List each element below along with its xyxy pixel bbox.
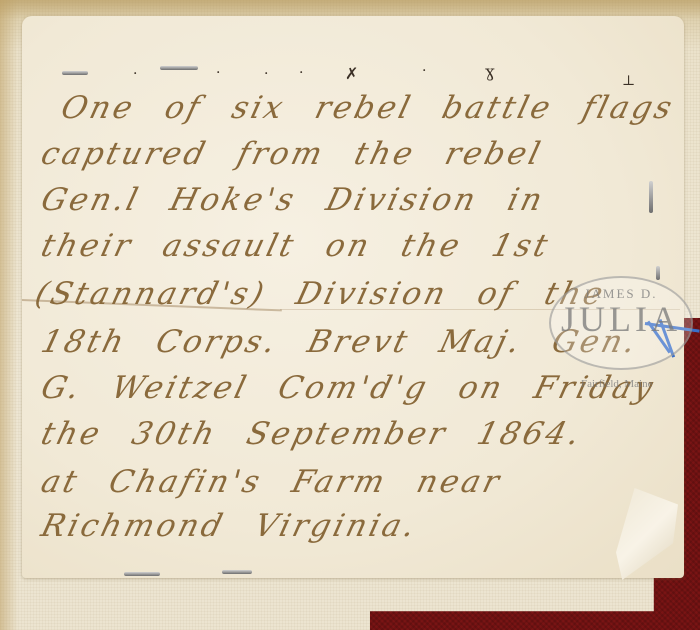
pinhole-mark: ·	[216, 66, 220, 80]
pinhole-mark: ·	[133, 67, 137, 81]
pinhole-mark: ⊥	[622, 74, 635, 88]
pin-icon	[124, 572, 160, 576]
text-line: at Chafin's Farm near	[38, 464, 506, 500]
ink-scribble-mark: ✗	[345, 66, 358, 82]
pin-icon	[222, 570, 252, 574]
text-line: Gen.l Hoke's Division in	[38, 182, 549, 218]
watermark-location-text: Fairfield, Maine	[581, 378, 652, 390]
auction-house-watermark: JAMES D. JULIA Fairfield, Maine	[549, 276, 693, 370]
pinhole-mark: ·	[299, 66, 303, 80]
text-line: Richmond Virginia.	[38, 508, 422, 544]
pin-icon	[656, 266, 660, 280]
ink-scribble-mark: ɣ	[485, 64, 495, 80]
text-line: captured from the rebel	[38, 136, 547, 172]
text-line: One of six rebel battle flags	[58, 90, 679, 126]
pinhole-mark: ·	[264, 67, 268, 81]
text-line: (Stannard's) Division of the	[32, 276, 610, 312]
pin-icon	[62, 71, 88, 75]
pin-icon	[649, 181, 653, 213]
watermark-main-text: JULIA	[551, 298, 691, 340]
text-line: their assault on the 1st	[38, 228, 555, 264]
linen-stain	[0, 0, 18, 630]
pinhole-mark: ·	[422, 64, 426, 78]
text-line: the 30th September 1864.	[38, 416, 587, 452]
pin-icon	[160, 66, 198, 70]
text-line: G. Weitzel Com'd'g on Friday	[38, 370, 660, 406]
folded-corner	[616, 488, 678, 580]
